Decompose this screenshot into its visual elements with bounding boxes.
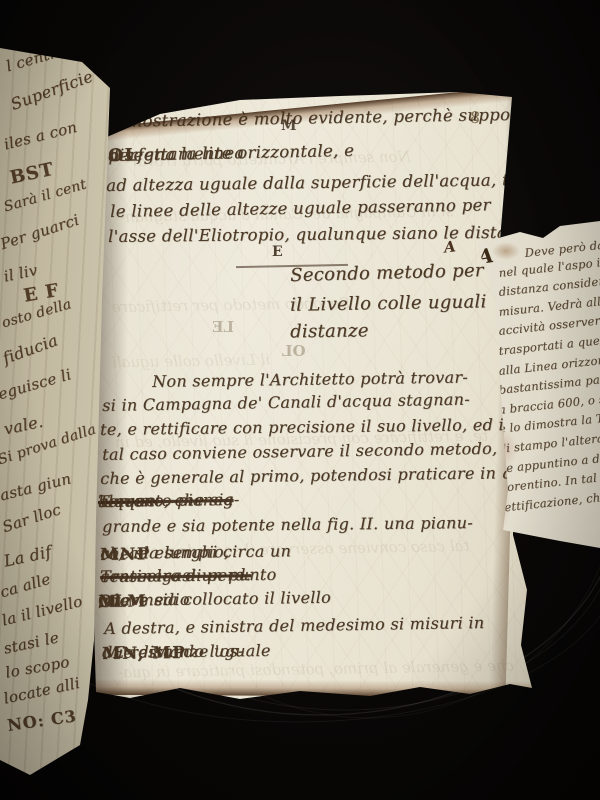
handwritten-text: si in Campagna de' Canali d'acqua stagna… bbox=[102, 390, 470, 415]
handwritten-text: . E restando l'os- bbox=[102, 641, 244, 662]
handwritten-text: eguisce li bbox=[0, 365, 73, 403]
handwritten-text: che è generale al primo, potendosi prati… bbox=[100, 463, 538, 488]
handwritten-text: Superficie bbox=[8, 67, 96, 114]
handwritten-text: alquanto pianeg- bbox=[98, 490, 240, 511]
handwritten-text: NO: C3 bbox=[6, 706, 78, 735]
inline-roman-letters: OLM bbox=[98, 590, 147, 611]
handwritten-text: Per guarci bbox=[0, 211, 81, 253]
handwritten-text: Non sempre l'Architetto potrà trovar- bbox=[152, 368, 468, 391]
handwritten-text: BST bbox=[8, 159, 56, 189]
handwritten-text: fiducia bbox=[0, 330, 60, 367]
handwritten-text: ca alle bbox=[0, 570, 53, 602]
handwritten-text: . bbox=[98, 591, 104, 610]
handwritten-text: iles a con bbox=[2, 118, 79, 154]
handwritten-text: grande e sia potente nella fig. II. una … bbox=[102, 513, 473, 536]
handwritten-text: Sar lloc bbox=[0, 500, 63, 536]
handwritten-text: asta giun bbox=[0, 469, 73, 504]
handwritten-text: Trascelgasi un punto bbox=[100, 565, 277, 586]
manuscript-photograph: Non sempre l'Architetto potrà trovar-si … bbox=[0, 0, 600, 800]
handwritten-text: stasi le bbox=[2, 628, 61, 657]
handwritten-text: A destra, e sinistra del medesimo si mis… bbox=[104, 613, 485, 638]
handwritten-text: vale. bbox=[2, 412, 45, 439]
handwritten-text: te, e rettificare con precisione il suo … bbox=[100, 415, 515, 439]
handwritten-text: La dif bbox=[2, 542, 53, 571]
handwritten-text: che sia lunghi circa un bbox=[100, 541, 291, 563]
margin-mark: A bbox=[443, 237, 457, 256]
handwritten-text: tal caso conviene osservare il secondo m… bbox=[102, 439, 498, 464]
handwritten-text: il liv bbox=[2, 261, 39, 286]
